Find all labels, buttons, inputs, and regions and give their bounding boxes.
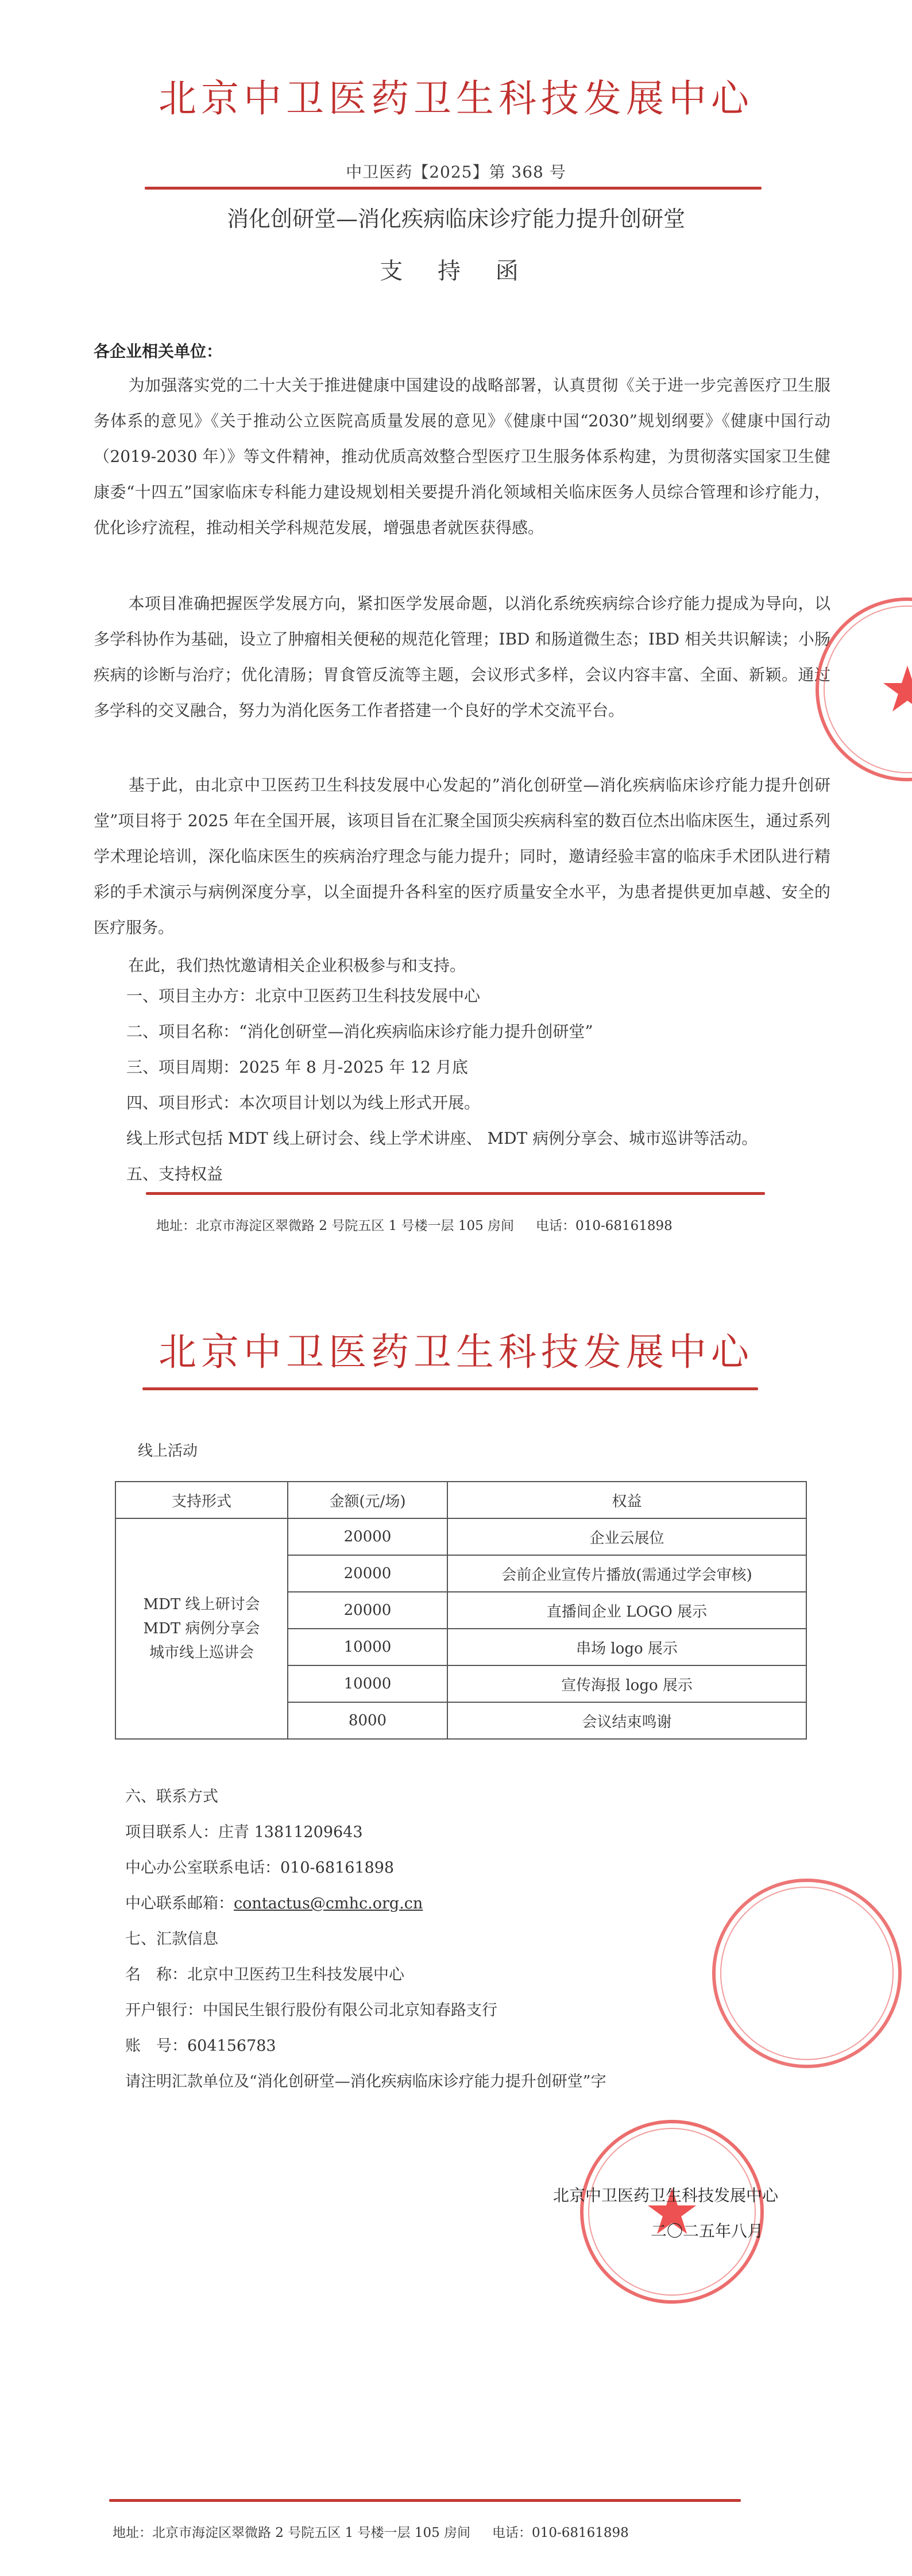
official-seal-stamp-signature: ★ [580,2120,764,2304]
benefit-cell: 会议结束鸣谢 [447,1702,806,1739]
footer-divider-page2 [109,2499,741,2502]
contact-person: 项目联系人：庄青 13811209643 [125,1819,363,1842]
contact-heading: 六、联系方式 [125,1784,218,1806]
column-header-amount: 金额(元/场) [288,1482,447,1518]
document-type-title: 支 持 函 [0,253,912,286]
paragraph-project-scope: 本项目准确把握医学发展方向，紧扣医学发展命题，以消化系统疾病综合诊疗能力提成为导… [94,586,830,728]
item-project-period: 三、项目周期：2025 年 8 月-2025 年 12 月底 [126,1055,468,1078]
paragraph-invitation: 在此，我们热忱邀请相关企业积极参与和支持。 [94,948,830,984]
letterhead-title: 北京中卫医药卫生科技发展中心 [0,68,912,122]
star-icon: ★ [879,658,912,721]
remittance-bank: 开户银行：中国民生银行股份有限公司北京知春路支行 [125,1997,497,2020]
footer-phone: 电话：010-68161898 [492,2525,629,2540]
header-divider-page2 [142,1387,758,1390]
footer-address: 地址：北京市海淀区翠微路 2 号院五区 1 号楼一层 105 房间 [156,1218,514,1233]
contact-email: 中心联系邮箱：contactus@cmhc.org.cn [125,1891,423,1913]
footer-phone: 电话：010-68161898 [536,1218,673,1233]
seal-inner-ring [720,1887,894,2060]
signature-organization: 北京中卫医药卫生科技发展中心 [553,2183,778,2206]
document-number: 中卫医药【2025】第 368 号 [0,160,912,183]
support-form-mdt-seminar: MDT 线上研讨会 [116,1592,287,1617]
amount-cell: 20000 [288,1518,447,1555]
item-online-format-detail: 线上形式包括 MDT 线上研讨会、线上学术讲座、 MDT 病例分享会、城市巡讲等… [126,1126,758,1149]
footer-address: 地址：北京市海淀区翠微路 2 号院五区 1 号楼一层 105 房间 [113,2525,470,2540]
email-link[interactable]: contactus@cmhc.org.cn [234,1895,423,1912]
remittance-name: 名 称：北京中卫医药卫生科技发展中心 [125,1962,404,1984]
official-seal-stamp-partial [712,1879,902,2068]
benefit-cell: 宣传海报 logo 展示 [447,1665,806,1702]
support-benefits-table: 支持形式 金额(元/场) 权益 MDT 线上研讨会 MDT 病例分享会 城市线上… [115,1481,807,1740]
benefit-cell: 串场 logo 展示 [447,1629,806,1665]
header-divider [145,187,762,190]
footer-divider [146,1192,765,1195]
salutation: 各企业相关单位： [94,339,222,362]
remittance-note: 请注明汇款单位及“消化创研堂—消化疾病临床诊疗能力提升创研堂”字 [125,2069,606,2091]
signature-date: 二〇二五年八月 [651,2219,763,2242]
benefit-cell: 会前企业宣传片播放(需通过学会审核) [447,1555,806,1592]
letterhead-title-page2: 北京中卫医药卫生科技发展中心 [0,1321,912,1376]
remittance-account: 账 号：604156783 [125,2033,276,2056]
section-online-activities: 线上活动 [138,1439,198,1460]
footer-contact-page2: 地址：北京市海淀区翠微路 2 号院五区 1 号楼一层 105 房间电话：010-… [113,2522,629,2541]
support-form-cell: MDT 线上研讨会 MDT 病例分享会 城市线上巡讲会 [115,1518,288,1739]
item-project-format: 四、项目形式：本次项目计划以为线上形式开展。 [126,1090,480,1113]
support-form-city-tour: 城市线上巡讲会 [116,1641,287,1665]
table-row: MDT 线上研讨会 MDT 病例分享会 城市线上巡讲会 20000 企业云展位 [115,1518,806,1555]
amount-cell: 20000 [288,1592,447,1629]
document-subtitle: 消化创研堂—消化疾病临床诊疗能力提升创研堂 [0,201,912,233]
amount-cell: 20000 [288,1555,447,1592]
support-form-mdt-case-sharing: MDT 病例分享会 [116,1617,287,1641]
table-header-row: 支持形式 金额(元/场) 权益 [115,1482,806,1518]
paragraph-project-initiation: 基于此，由北京中卫医药卫生科技发展中心发起的”消化创研堂—消化疾病临床诊疗能力提… [94,768,830,946]
item-project-name: 二、项目名称：“消化创研堂—消化疾病临床诊疗能力提升创研堂” [126,1019,593,1042]
amount-cell: 8000 [288,1702,447,1739]
item-organizer: 一、项目主办方：北京中卫医药卫生科技发展中心 [126,984,480,1007]
office-phone: 中心办公室联系电话：010-68161898 [125,1855,394,1877]
amount-cell: 10000 [288,1629,447,1665]
column-header-support-form: 支持形式 [115,1482,288,1518]
benefit-cell: 企业云展位 [447,1518,806,1555]
footer-contact: 地址：北京市海淀区翠微路 2 号院五区 1 号楼一层 105 房间电话：010-… [156,1215,673,1234]
item-support-benefits-heading: 五、支持权益 [126,1162,223,1185]
amount-cell: 10000 [288,1665,447,1702]
benefit-cell: 直播间企业 LOGO 展示 [447,1592,806,1629]
paragraph-background: 为加强落实党的二十大关于推进健康中国建设的战略部署，认真贯彻《关于进一步完善医疗… [94,368,830,546]
remittance-heading: 七、汇款信息 [125,1926,218,1949]
column-header-benefit: 权益 [447,1482,806,1518]
